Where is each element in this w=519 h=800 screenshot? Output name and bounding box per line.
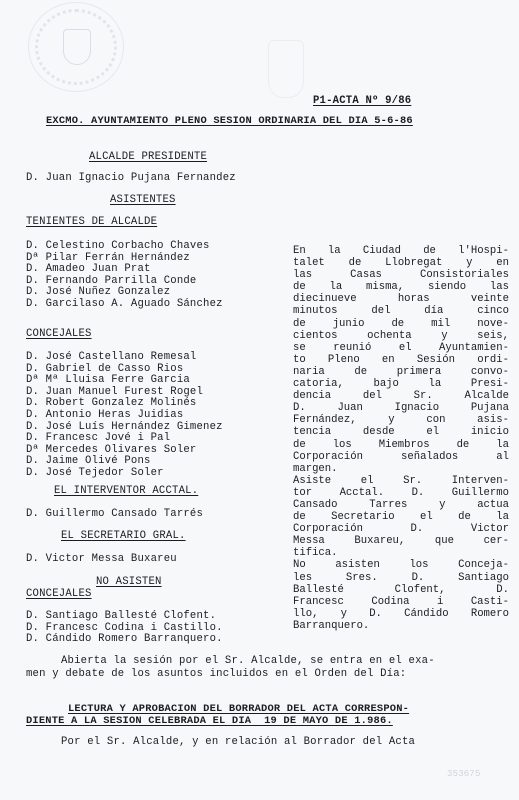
narrative-line: delosMiembrosdela [293, 439, 509, 451]
narrative-line: catoria,bajolaPresi- [293, 378, 509, 390]
narrative-line: minutosdeldíacinco [293, 305, 509, 317]
concejal-name: D. Francesc Jové i Pal [26, 432, 170, 444]
document-page: P1-ACTA Nº 9/86 EXCMO. AYUNTAMIENTO PLEN… [0, 0, 519, 800]
narrative-line: lesSres.D.Santiago [293, 572, 509, 584]
secretario-heading: EL SECRETARIO GRAL. [61, 530, 186, 542]
narrative-line: delamisma,siendolas [293, 281, 509, 293]
concejal-name: D. José Castellano Remesal [26, 351, 197, 363]
concejal-name: D. Robert Gonzalez Molinés [26, 397, 197, 409]
narrative-line: tenciadesdeelinicio [293, 426, 509, 438]
session-narrative: EnlaCiudaddel'Hospi-taletdeLlobregatyenl… [293, 245, 509, 632]
interventor-heading: EL INTERVENTOR ACCTAL. [54, 485, 198, 497]
tenientes-heading: TENIENTES DE ALCALDE [26, 216, 157, 228]
teniente-name: D. Amadeo Juan Prat [26, 263, 151, 275]
narrative-line: sereunióelAyuntamien- [293, 342, 509, 354]
teniente-name: D. Fernando Parrilla Conde [26, 275, 197, 287]
no-asisten-heading: NO ASISTEN [96, 576, 162, 588]
narrative-line: AsisteelSr.Interven- [293, 475, 509, 487]
alcalde-name: D. Juan Ignacio Pujana Fernandez [26, 172, 236, 184]
narrative-line: toPlenoenSesiónordi- [293, 354, 509, 366]
absent-concejal-name: D. Cándido Romero Barranquero. [26, 633, 223, 645]
opening-paragraph-line1: Abierta la sesión por el Sr. Alcalde, se… [61, 655, 435, 667]
teniente-name: D. Garcilaso A. Aguado Sánchez [26, 298, 223, 310]
narrative-line: Barranquero. [293, 620, 509, 632]
coat-of-arms-icon [63, 29, 91, 65]
narrative-line: D.JuanIgnacioPujana [293, 402, 509, 414]
absent-concejal-name: D. Francesc Codina i Castillo. [26, 622, 223, 634]
concejal-name: D. Juan Manuel Furest Rogel [26, 386, 203, 398]
acta-number: P1-ACTA Nº 9/86 [313, 95, 411, 107]
narrative-line: BallestéClofent,D. [293, 584, 509, 596]
absent-concejal-name: D. Santiago Ballesté Clofent. [26, 610, 216, 622]
narrative-line: dejuniodemilnove- [293, 318, 509, 330]
narrative-line: diecinuevehorasveinte [293, 293, 509, 305]
document-number: 353675 [447, 768, 481, 780]
teniente-name: D. Celestino Corbacho Chaves [26, 240, 210, 252]
narrative-line: deSecretarioeldela [293, 511, 509, 523]
concejal-name: D. José Luís Hernández Gimenez [26, 421, 223, 433]
narrative-line: CorporaciónD.Victor [293, 523, 509, 535]
interventor-name: D. Guillermo Cansado Tarrés [26, 508, 203, 520]
session-title: EXCMO. AYUNTAMIENTO PLENO SESION ORDINAR… [46, 115, 413, 127]
concejal-name: D. Jaime Olivé Pons [26, 455, 151, 467]
municipal-seal-stamp-icon [28, 2, 124, 92]
narrative-line: margen. [293, 463, 509, 475]
agenda-item-title-line1: LECTURA Y APROBACION DEL BORRADOR DEL AC… [68, 703, 409, 715]
narrative-line: NoasistenlosConceja- [293, 559, 509, 571]
narrative-line: cientosochentayseis, [293, 330, 509, 342]
secretario-name: D. Victor Messa Buxareu [26, 553, 177, 565]
teniente-name: Dª Pilar Ferrán Hernández [26, 252, 190, 264]
no-asisten-concejales-heading: CONCEJALES [26, 588, 92, 600]
alcalde-heading: ALCALDE PRESIDENTE [89, 151, 207, 163]
narrative-line: CansadoTarresyactua [293, 499, 509, 511]
narrative-line: Fernández,yconasis- [293, 414, 509, 426]
narrative-line: Corporaciónseñaladosal [293, 451, 509, 463]
narrative-line: lasCasasConsistoriales [293, 269, 509, 281]
teniente-name: D. José Nuñez Gonzalez [26, 286, 170, 298]
concejal-name: Dª Mercedes Olivares Soler [26, 444, 197, 456]
narrative-line: nariadeprimeraconvo- [293, 366, 509, 378]
watermark-icon [268, 40, 304, 98]
narrative-line: denciadelSr.Alcalde [293, 390, 509, 402]
concejal-name: Dª Mª Lluisa Ferre Garcia [26, 374, 190, 386]
narrative-line: EnlaCiudaddel'Hospi- [293, 245, 509, 257]
asistentes-heading: ASISTENTES [110, 194, 176, 206]
opening-paragraph-line2: men y debate de los asuntos incluidos en… [26, 668, 406, 680]
narrative-line: llo,yD.CándidoRomero [293, 608, 509, 620]
concejal-name: D. Gabriel de Casso Rios [26, 363, 183, 375]
narrative-line: FrancescCodinaiCasti- [293, 596, 509, 608]
concejal-name: D. Antonio Heras Juidias [26, 409, 183, 421]
concejal-name: D. José Tejedor Soler [26, 467, 164, 479]
concejales-heading: CONCEJALES [26, 328, 92, 340]
agenda-item-text: Por el Sr. Alcalde, y en relación al Bor… [61, 736, 415, 748]
narrative-line: taletdeLlobregatyen [293, 257, 509, 269]
narrative-line: MessaBuxareu,quecer- [293, 535, 509, 547]
narrative-line: tifica. [293, 547, 509, 559]
agenda-item-title-line2: DIENTE A LA SESION CELEBRADA EL DIA 19 D… [26, 715, 393, 727]
narrative-line: torAcctal.D.Guillermo [293, 487, 509, 499]
